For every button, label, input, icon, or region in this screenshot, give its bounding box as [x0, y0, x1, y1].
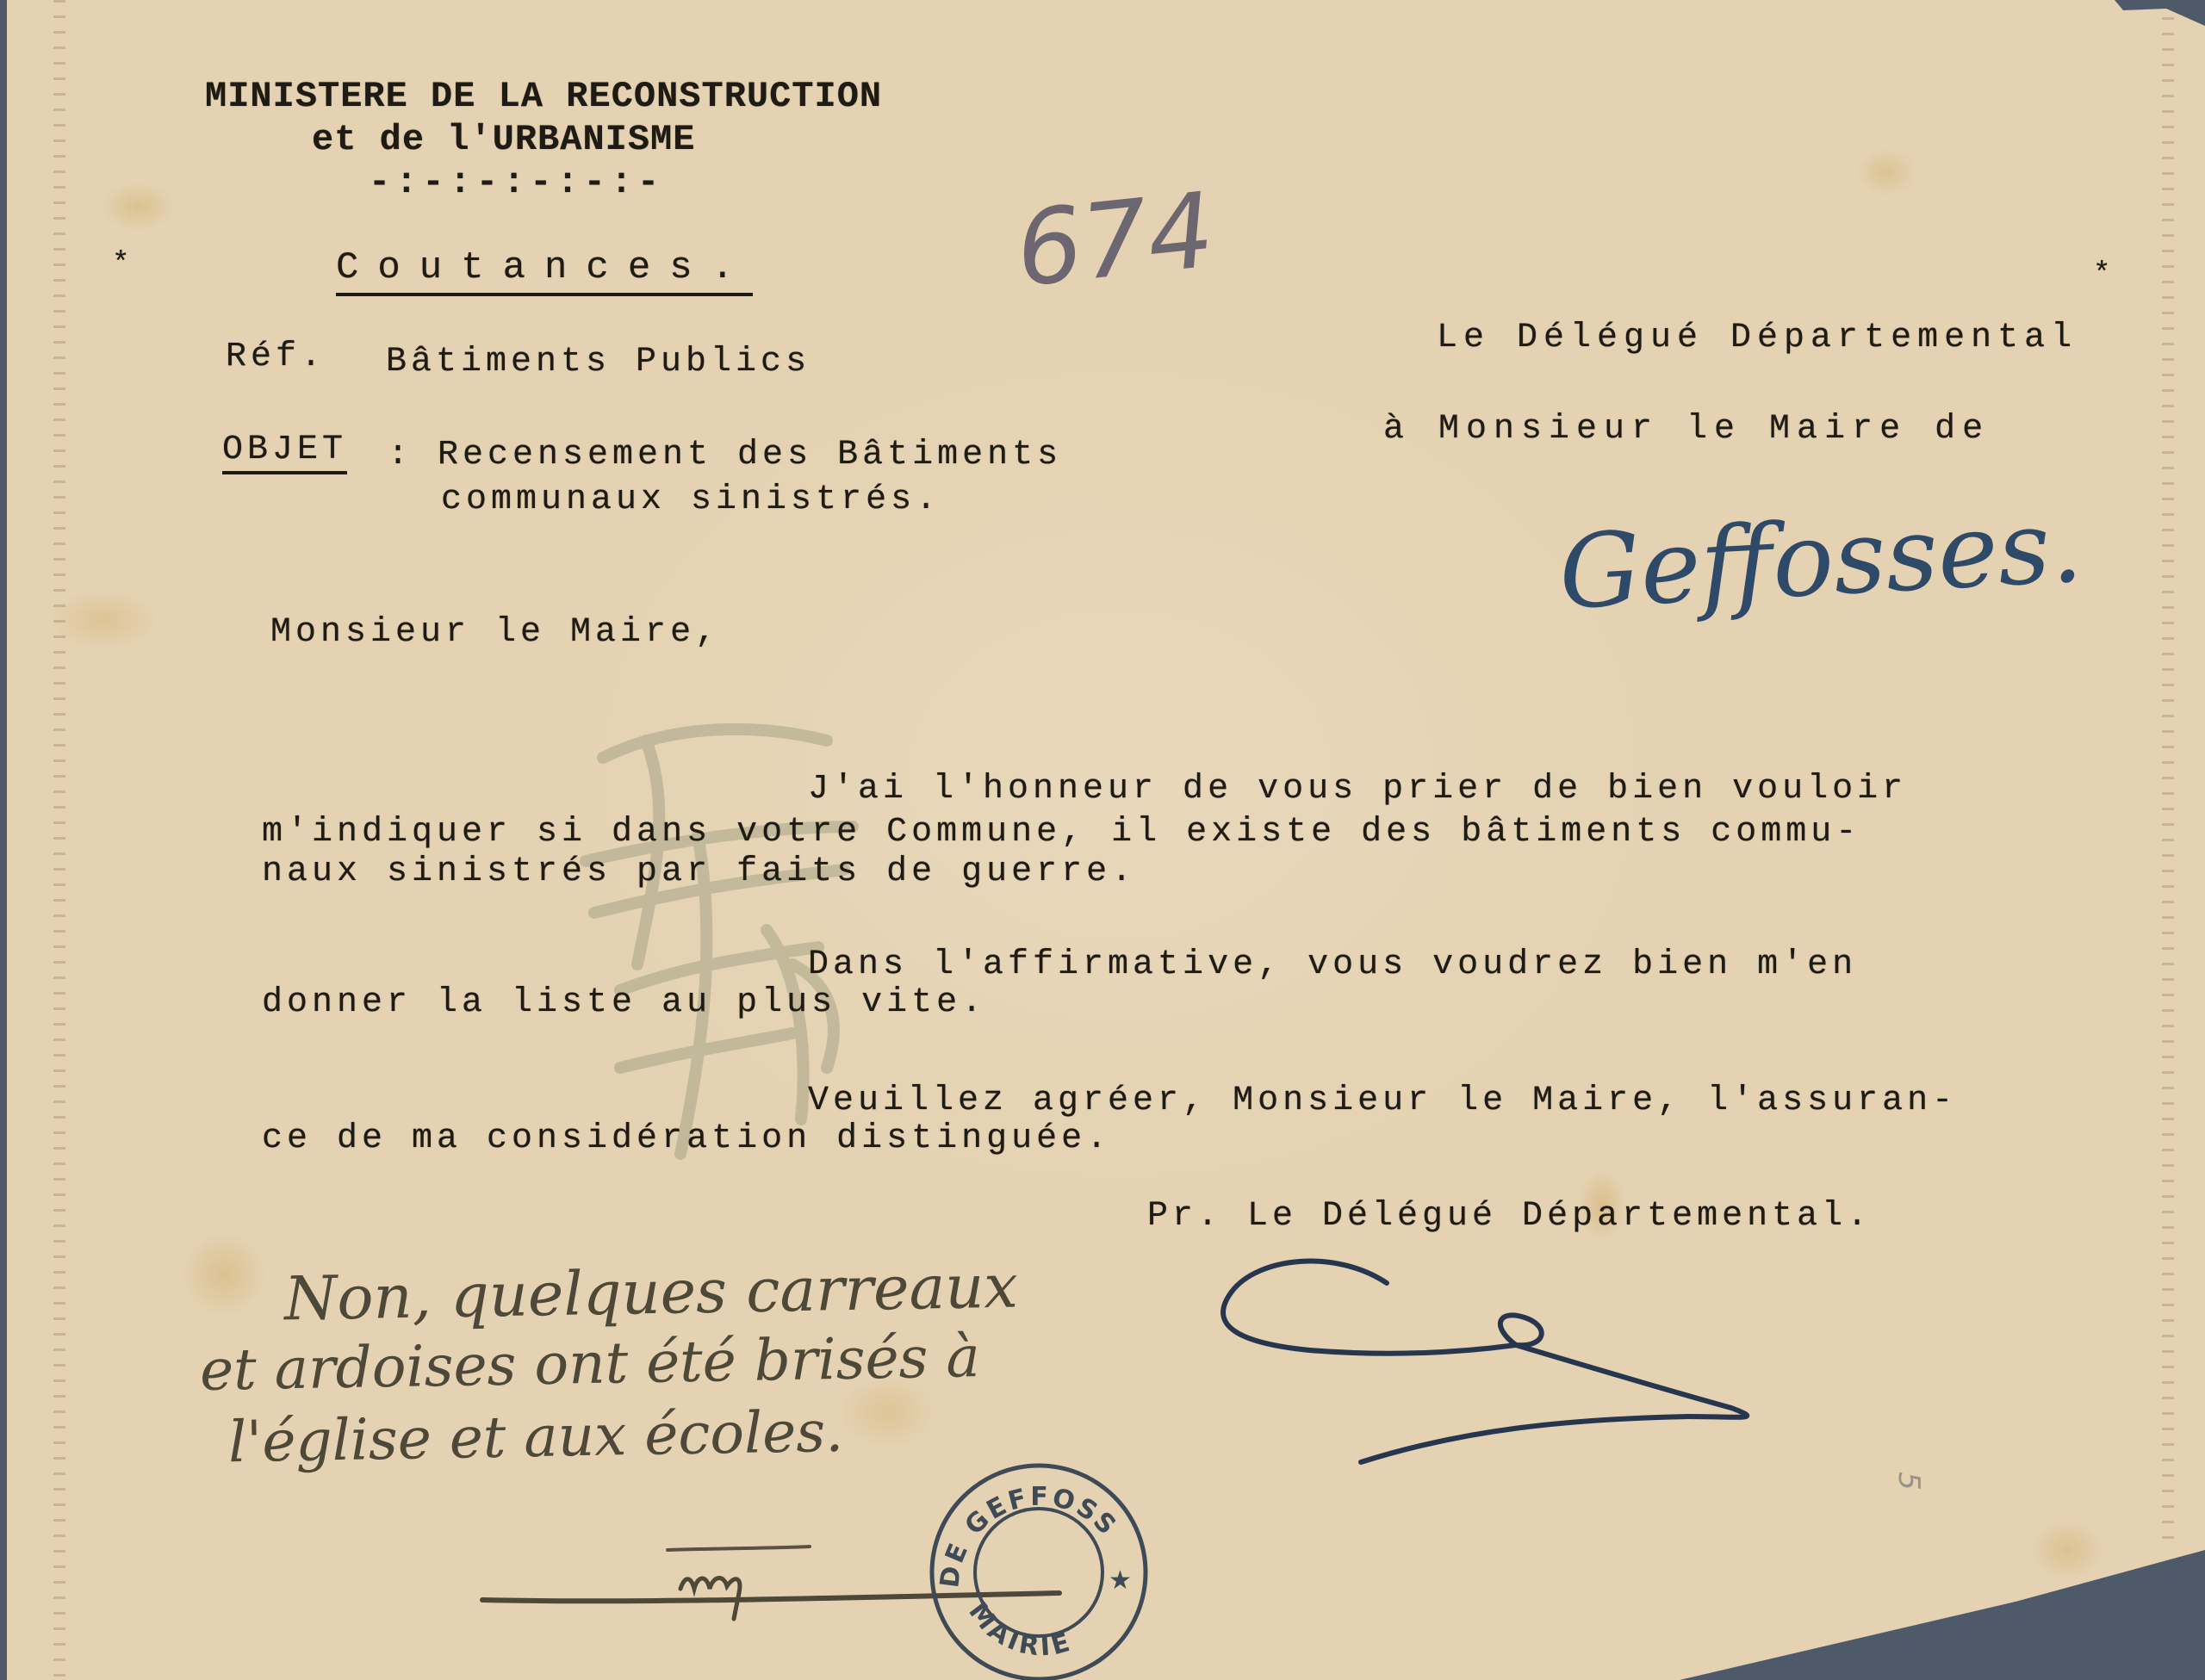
salutation: Monsieur le Maire, — [270, 613, 720, 652]
margin-mark-right: * — [2093, 258, 2114, 291]
body-p3-line-1: Veuillez agréer, Monsieur le Maire, l'as… — [808, 1082, 1957, 1120]
city-heading: Coutances. — [336, 246, 753, 296]
subject-line-1: : Recensement des Bâtiments — [388, 436, 1062, 474]
reference-value: Bâtiments Publics — [386, 343, 811, 381]
background-edge — [0, 0, 7, 1680]
reference-label: Réf. — [226, 338, 326, 376]
body-p2-line-2: donner la liste au plus vite. — [262, 983, 986, 1022]
letter-page: MINISTERE DE LA RECONSTRUCTION et de l'U… — [0, 0, 2205, 1680]
stamp-text-bottom: MAIRIE — [962, 1597, 1076, 1663]
handwritten-reply-line-3: l'église et aux écoles. — [227, 1398, 843, 1475]
body-p1-line-2: m'indiquer si dans votre Commune, il exi… — [262, 813, 1860, 852]
sender-signature-line: Pr. Le Délégué Départemental. — [1147, 1197, 1872, 1236]
ministry-line-2: et de l'URBANISME — [312, 119, 695, 160]
addressee-line-1: Le Délégué Départemental — [1437, 319, 2078, 357]
margin-pencil-mark: 5 — [1891, 1472, 1926, 1491]
svg-text:MAIRIE: MAIRIE — [962, 1597, 1076, 1663]
letterhead-separator: -:-:-:-:-:- — [369, 162, 664, 203]
subject-label: OBJET — [222, 431, 347, 474]
handwritten-reply-line-2: et ardoises ont été brisés à — [199, 1324, 980, 1404]
ink-spot — [2109, 1573, 2123, 1587]
body-p1-line-3: naux sinistrés par faits de guerre. — [262, 852, 1136, 891]
mairie-stamp: DE GEFFOSSES MAIRIE ★ — [926, 1460, 1152, 1680]
right-perforation-edge — [2162, 17, 2174, 1550]
archive-number: 674 — [1010, 170, 1219, 310]
subject-line-2: communaux sinistrés. — [441, 480, 941, 519]
handwritten-reply-line-1: Non, quelques carreaux — [283, 1251, 1018, 1335]
body-p1-line-1: J'ai l'honneur de vous prier de bien vou… — [808, 770, 1907, 809]
ministry-line-1: MINISTERE DE LA RECONSTRUCTION — [205, 76, 882, 117]
stamp-star-icon: ★ — [1109, 1565, 1132, 1596]
commune-name-handwritten: Geffosses. — [1556, 486, 2085, 632]
delegate-signature — [1206, 1240, 1860, 1472]
body-p2-line-1: Dans l'affirmative, vous voudrez bien m'… — [808, 945, 1857, 984]
left-perforation-edge — [53, 0, 65, 1680]
addressee-line-2: à Monsieur le Maire de — [1383, 410, 1990, 449]
body-p3-line-2: ce de ma considération distinguée. — [262, 1119, 1111, 1158]
margin-mark-left: * — [112, 248, 133, 281]
